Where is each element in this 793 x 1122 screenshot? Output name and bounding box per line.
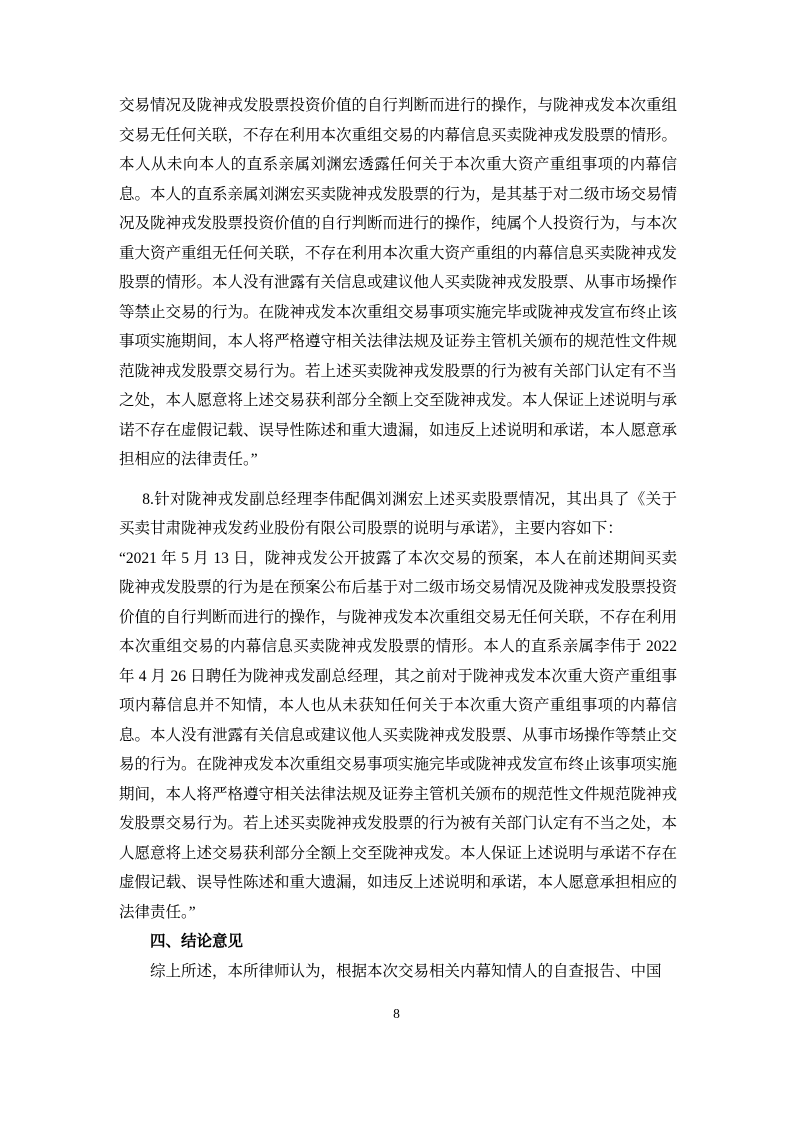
paragraph-conclusion: 综上所述，本所律师认为，根据本次交易相关内幕知情人的自查报告、中国: [119, 957, 677, 987]
paragraph-item8-intro: 8.针对陇神戎发副总经理李伟配偶刘渊宏上述买卖股票情况，其出具了《关于买卖甘肃陇…: [119, 485, 677, 544]
page-number: 8: [0, 1004, 793, 1024]
document-page: 交易情况及陇神戎发股票投资价值的自行判断而进行的操作，与陇神戎发本次重组交易无任…: [0, 0, 793, 1122]
document-body: 交易情况及陇神戎发股票投资价值的自行判断而进行的操作，与陇神戎发本次重组交易无任…: [119, 91, 677, 986]
paragraph-item8-quote: “2021 年 5 月 13 日，陇神戎发公开披露了本次交易的预案，本人在前述期…: [119, 544, 677, 928]
section-heading-conclusion: 四、结论意见: [119, 927, 677, 957]
paragraph-commitment-continuation: 交易情况及陇神戎发股票投资价值的自行判断而进行的操作，与陇神戎发本次重组交易无任…: [119, 91, 677, 475]
